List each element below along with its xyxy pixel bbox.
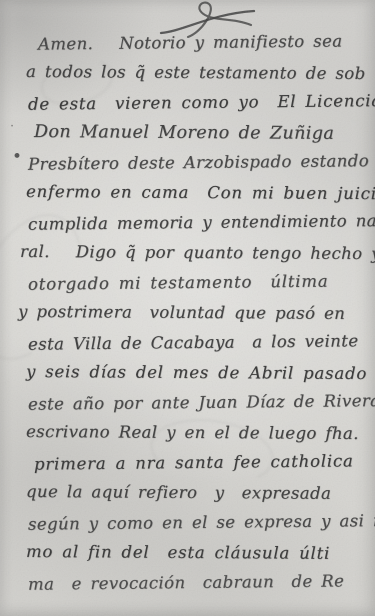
manuscript-scan: · • Amen. Notorio y manifiesto sea a tod… bbox=[0, 0, 375, 616]
margin-ink-dot: • bbox=[12, 154, 22, 160]
manuscript-line: mo al fin del esta cláusula últi bbox=[26, 537, 364, 569]
manuscript-line: esta Villa de Cacabaya a los veinte bbox=[28, 326, 366, 360]
manuscript-line: otorgado mi testamento última bbox=[28, 266, 366, 300]
manuscript-line: ral. Digo q̃ por quanto tengo hecho y bbox=[20, 237, 364, 269]
margin-ink-dot: · bbox=[10, 124, 14, 130]
manuscript-line: Amen. Notorio y manifiesto sea bbox=[28, 26, 366, 60]
manuscript-line: cumplida memoria y entendimiento natu bbox=[28, 206, 366, 240]
manuscript-line: Don Manuel Moreno de Zuñiga bbox=[26, 117, 364, 149]
manuscript-line: ma e revocación cabraun de Re bbox=[28, 566, 366, 600]
manuscript-line: que la aquí refiero y expresada bbox=[26, 477, 364, 509]
manuscript-line: de esta vieren como yo El Licenciado bbox=[28, 86, 366, 120]
manuscript-line: enfermo en cama Con mi buen juicio bbox=[26, 177, 364, 209]
manuscript-line: este año por ante Juan Díaz de Rivera. bbox=[28, 386, 366, 420]
manuscript-line: primera a nra santa fee catholica bbox=[28, 446, 366, 480]
manuscript-line: y postrimera voluntad que pasó en bbox=[18, 297, 364, 329]
manuscript-line: escrivano Real y en el de luego fha. La bbox=[26, 417, 364, 449]
manuscript-line: y seis días del mes de Abril pasado de bbox=[26, 357, 364, 389]
manuscript-line: Presbítero deste Arzobispado estando bbox=[28, 146, 366, 180]
manuscript-text-block: Amen. Notorio y manifiesto sea a todos l… bbox=[26, 28, 364, 598]
manuscript-line: según y como en el se expresa y asi mis bbox=[28, 506, 366, 540]
manuscript-line: a todos los q̃ este testamento de sob bbox=[26, 57, 364, 89]
